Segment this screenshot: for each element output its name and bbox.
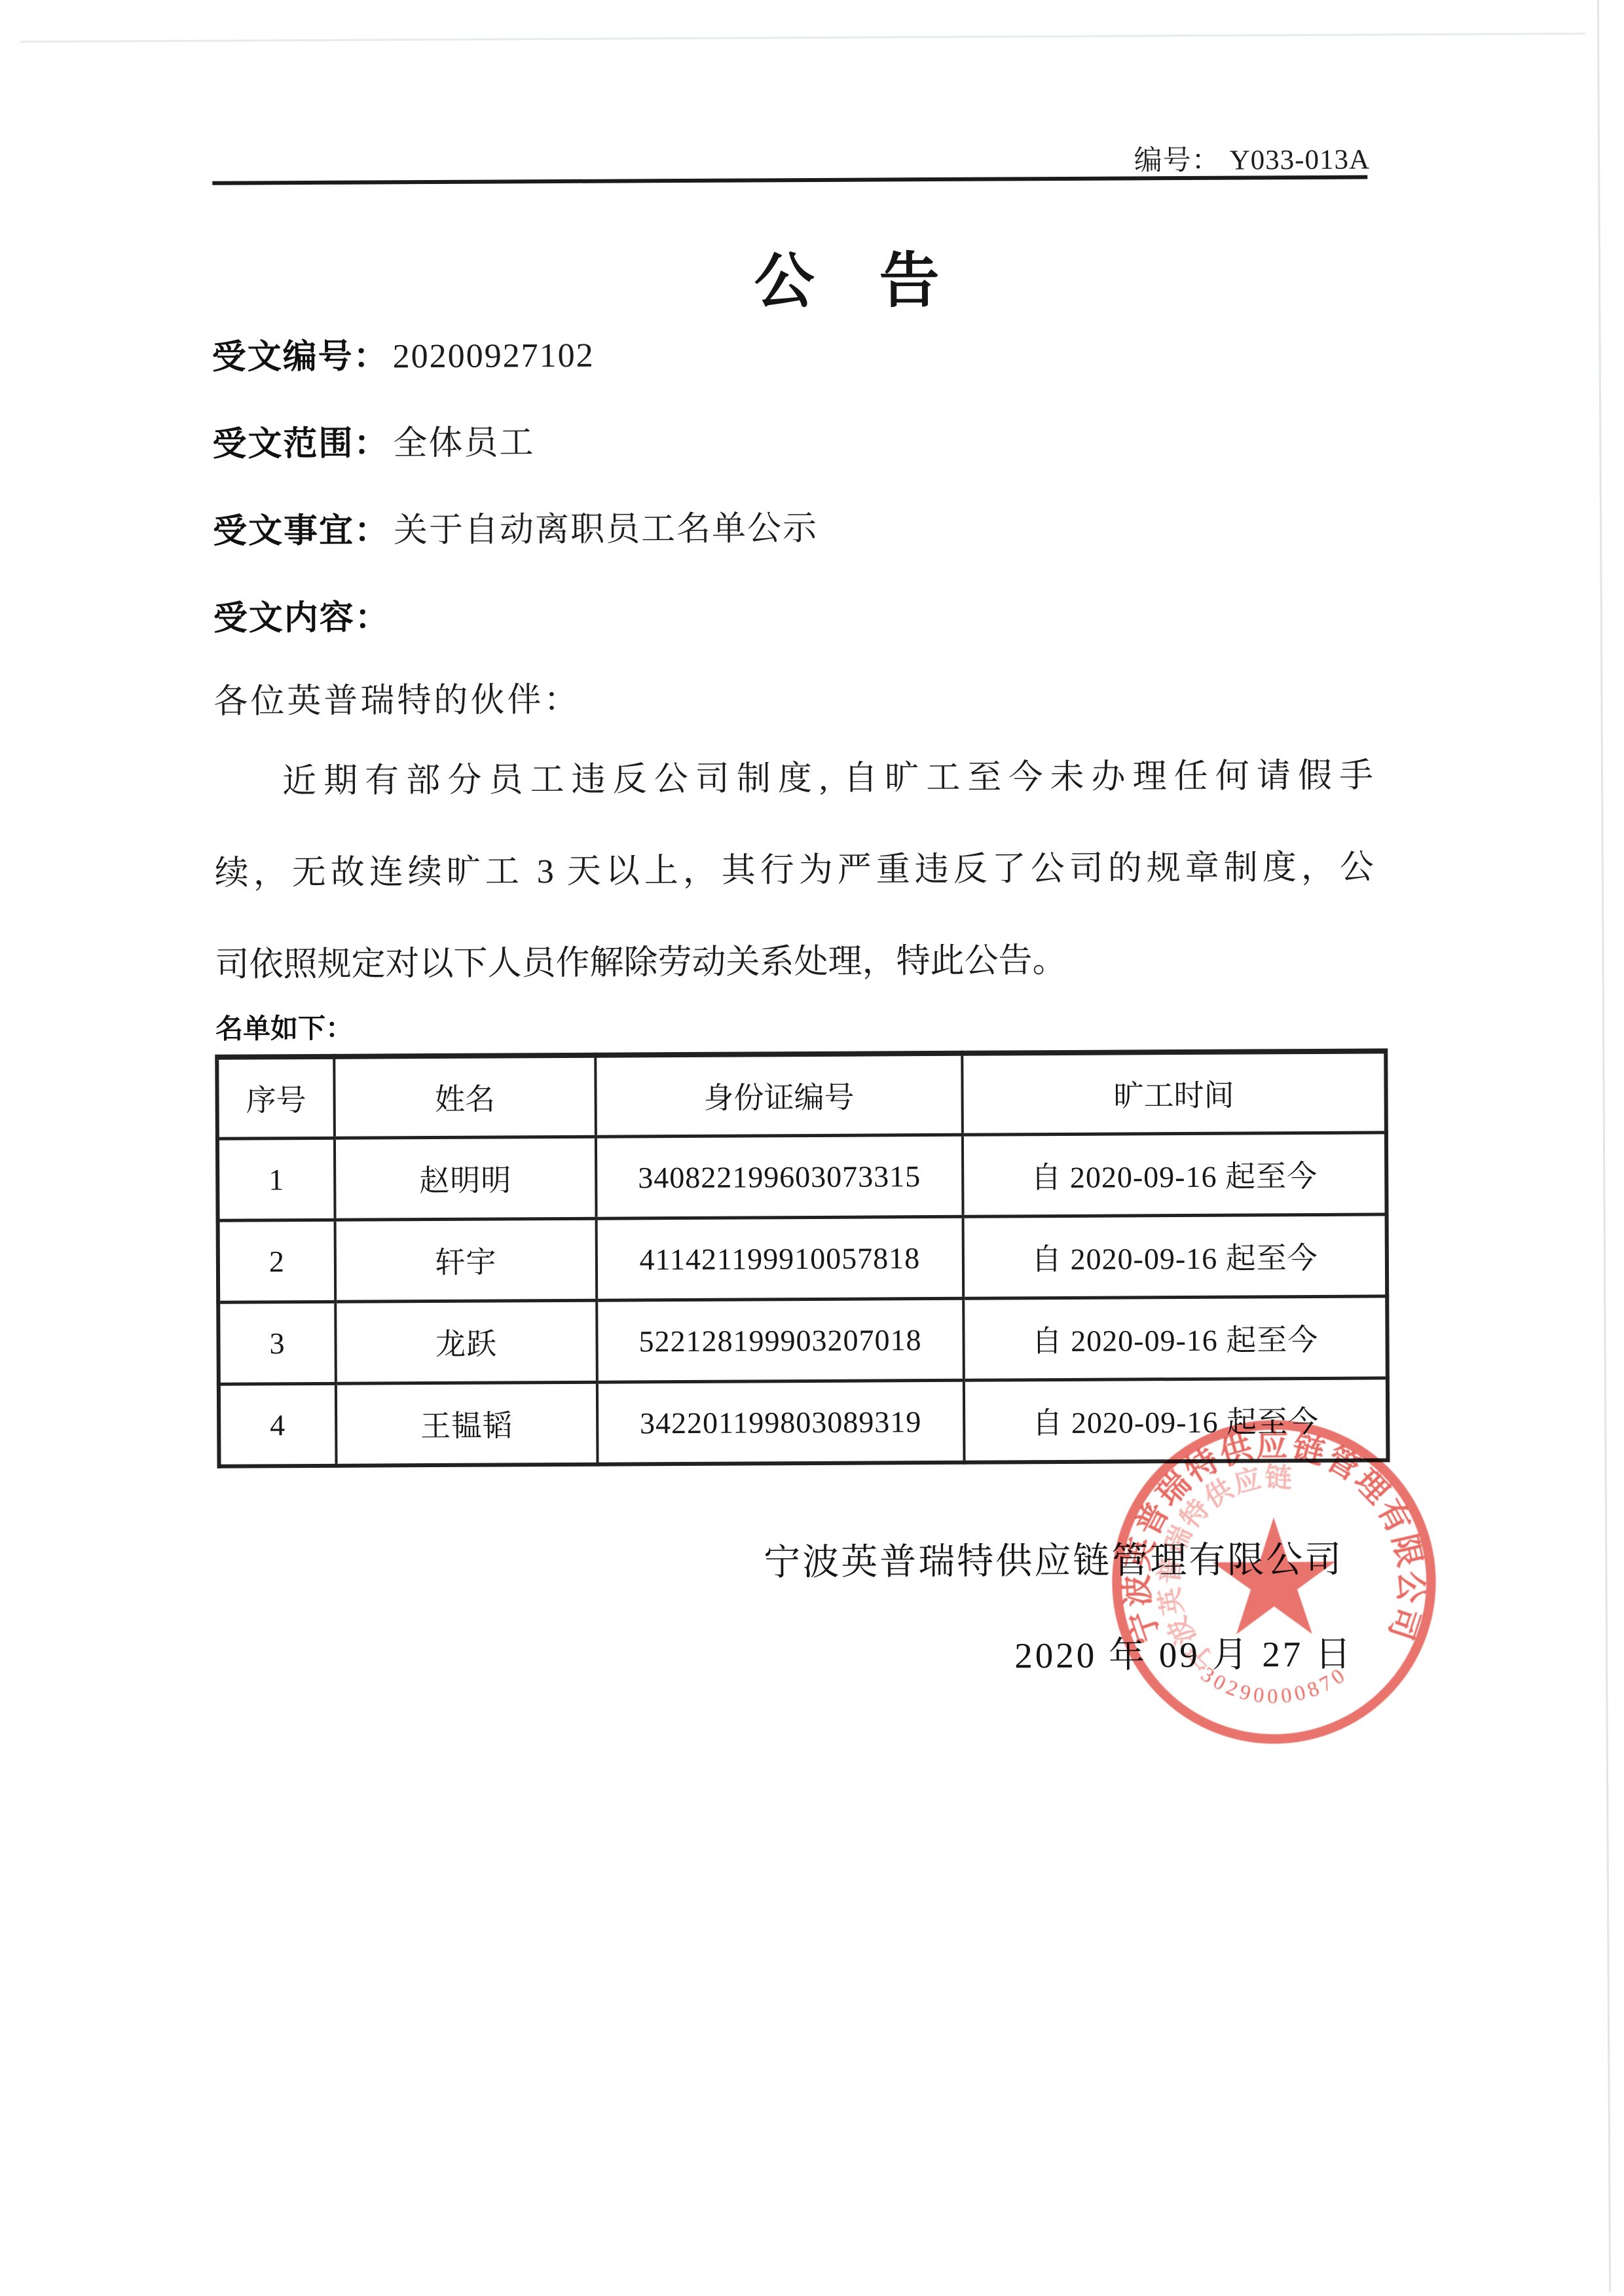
cell-id-number: 340822199603073315 [596, 1135, 963, 1218]
meta-label: 受文编号： [212, 337, 389, 376]
document-ref-number: 编号：Y033-013A [1134, 137, 1370, 179]
salutation-line: 各位英普瑞特的伙伴： [213, 672, 580, 723]
table-row: 3 龙跃 522128199903207018 自 2020-09-16 起至今 [218, 1296, 1388, 1384]
cell-name: 轩宇 [335, 1218, 597, 1302]
scan-artifact-right-line [1597, 0, 1611, 2292]
body-paragraph: 近期有部分员工违反公司制度, 自旷工至今未办理任何请假手 续，无故连续旷工 3 … [214, 756, 1375, 1036]
meta-section: 受文编号：20200927102 受文范围：全体员工 受文事宜：关于自动离职员工… [212, 323, 1392, 677]
cell-name: 赵明明 [335, 1137, 597, 1220]
meta-value: 20200927102 [393, 337, 595, 376]
scanned-page: 编号：Y033-013A 公 告 受文编号：20200927102 受文范围：全… [0, 0, 1624, 2296]
star-icon [1212, 1517, 1335, 1634]
cell-id-number: 342201199803089319 [597, 1380, 965, 1464]
cell-index: 2 [218, 1220, 336, 1302]
meta-label: 受文范围： [212, 424, 389, 463]
meta-line-content: 受文内容： [213, 584, 1393, 677]
ref-label: 编号： [1134, 145, 1221, 177]
body-line: 司依照规定对以下人员作解除劳动关系处理，特此公告。 [215, 939, 1375, 1036]
cell-absence-period: 自 2020-09-16 起至今 [963, 1133, 1387, 1216]
list-intro-label: 名单如下： [215, 1007, 353, 1047]
meta-value: 关于自动离职员工名单公示 [394, 510, 818, 549]
body-line: 近期有部分员工违反公司制度, 自旷工至今未办理任何请假手 [214, 756, 1374, 853]
cell-absence-period: 自 2020-09-16 起至今 [963, 1214, 1388, 1298]
meta-line-scope: 受文范围：全体员工 [212, 410, 1392, 503]
meta-line-subject: 受文事宜：关于自动离职员工名单公示 [213, 497, 1392, 590]
cell-name: 龙跃 [335, 1300, 597, 1383]
cell-index: 4 [219, 1383, 337, 1466]
cell-id-number: 522128199903207018 [597, 1298, 964, 1382]
col-header-id-number: 身份证编号 [595, 1053, 963, 1137]
col-header-index: 序号 [217, 1057, 335, 1139]
col-header-absence-period: 旷工时间 [962, 1051, 1386, 1135]
meta-value: 全体员工 [393, 424, 534, 462]
meta-line-doc-number: 受文编号：20200927102 [212, 323, 1391, 416]
header-divider-rule [212, 175, 1367, 185]
table-header-row: 序号 姓名 身份证编号 旷工时间 [217, 1051, 1386, 1139]
cell-index: 1 [217, 1138, 335, 1220]
scan-artifact-top-line [20, 33, 1585, 43]
page-title: 公 告 [212, 230, 1483, 323]
cell-index: 3 [218, 1302, 336, 1384]
meta-label: 受文内容： [213, 598, 390, 637]
table-row: 2 轩宇 411421199910057818 自 2020-09-16 起至今 [218, 1214, 1388, 1302]
company-seal-stamp: 宁波英普瑞特供应链管理有限公司 3302900008708 宁波英普瑞特供应链管… [1096, 1404, 1452, 1760]
col-header-name: 姓名 [334, 1055, 596, 1139]
meta-label: 受文事宜： [213, 511, 390, 550]
cell-id-number: 411421199910057818 [597, 1216, 964, 1300]
ref-value: Y033-013A [1230, 145, 1371, 176]
table-row: 1 赵明明 340822199603073315 自 2020-09-16 起至… [217, 1133, 1387, 1220]
body-line: 续，无故连续旷工 3 天以上，其行为严重违反了公司的规章制度，公 [215, 847, 1375, 945]
cell-name: 王韫韬 [336, 1382, 598, 1466]
cell-absence-period: 自 2020-09-16 起至今 [963, 1296, 1388, 1380]
